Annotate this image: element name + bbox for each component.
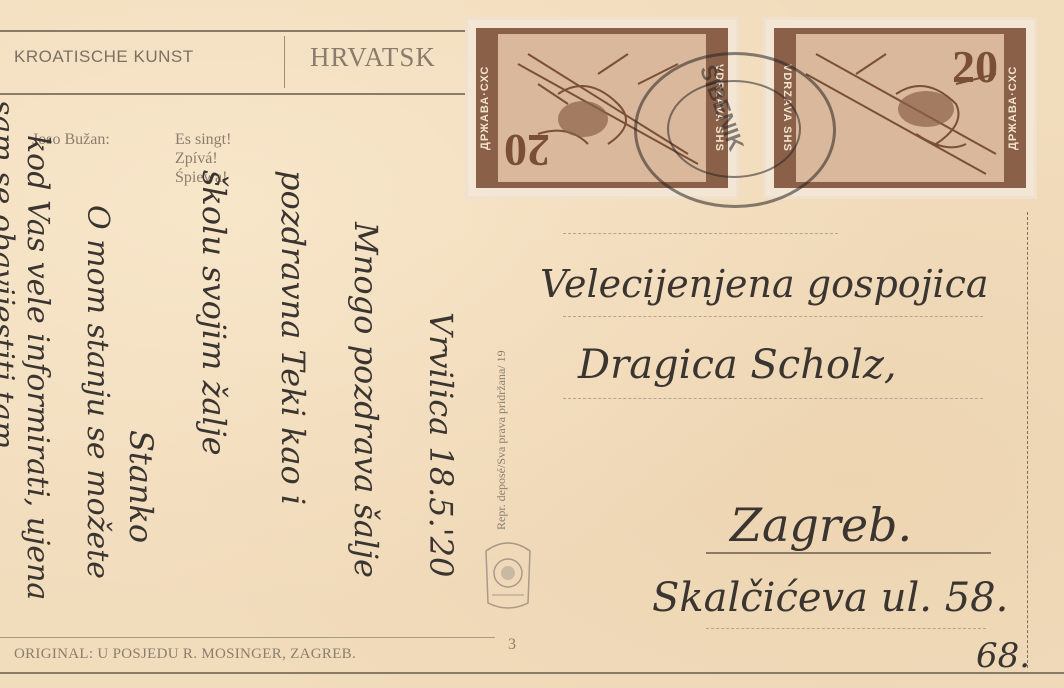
header-german-title: KROATISCHE KUNST <box>14 47 194 67</box>
publisher-emblem-icon <box>478 533 538 615</box>
address-name: Dragica Scholz, <box>578 342 897 388</box>
address-line-4 <box>706 628 986 629</box>
postmark: ŠIBENIK <box>634 52 836 208</box>
stamp-1-left-text: ДРЖАВА·СХС <box>479 38 495 178</box>
address-right-border <box>1027 212 1028 668</box>
address-street: Skalčićeva ul. 58. <box>652 575 1008 621</box>
copyright-note: Repr. deposé/Sva prava pridržana/ 19 <box>494 350 509 530</box>
message-line-7: sam se obavijestiti tam... <box>0 100 20 478</box>
stamp-2-value: 20 <box>952 40 998 93</box>
message-place-date: Vrvilica 18.5.'20 <box>422 312 460 577</box>
message-line-5: O mom stanju se možete <box>80 205 115 579</box>
stamp-1-value: 20 <box>504 124 550 177</box>
address-city: Zagreb. <box>730 498 912 552</box>
address-line-3 <box>563 398 983 399</box>
message-line-3: školu svojim žalje <box>195 170 233 456</box>
header-bottom-rule <box>0 93 470 95</box>
artwork-title-1: Es singt! <box>175 131 231 149</box>
address-line-1 <box>563 233 838 234</box>
address-city-underline <box>706 552 991 554</box>
postcard-back: KROATISCHE KUNST HRVATSK Joso Bužan: Es … <box>0 0 1064 688</box>
card-number: 3 <box>508 636 516 654</box>
artwork-title-2: Zpívá! <box>175 150 218 168</box>
message-line-2: pozdravna Teki kao i <box>274 170 312 505</box>
header-divider <box>284 36 285 88</box>
address-house-number: 68. <box>976 636 1030 676</box>
footer-top-rule <box>0 637 495 638</box>
header-croatian-title: HRVATSK <box>310 42 436 73</box>
footer-original-note: ORIGINAL: U POSJEDU R. MOSINGER, ZAGREB. <box>14 646 356 663</box>
footer-bottom-rule <box>0 672 1064 674</box>
stamp-2-right-text: ДРЖАВА·СХС <box>1007 38 1023 178</box>
message-line-6: kod Vas vele informirati, ujena <box>20 135 55 600</box>
address-line-2 <box>563 316 983 317</box>
message-line-1: Mnogo pozdrava šalje <box>347 222 385 578</box>
message-signature: Stanko <box>122 430 160 543</box>
header-top-rule <box>0 30 470 32</box>
address-salutation: Velecijenjena gospojica <box>540 262 989 306</box>
